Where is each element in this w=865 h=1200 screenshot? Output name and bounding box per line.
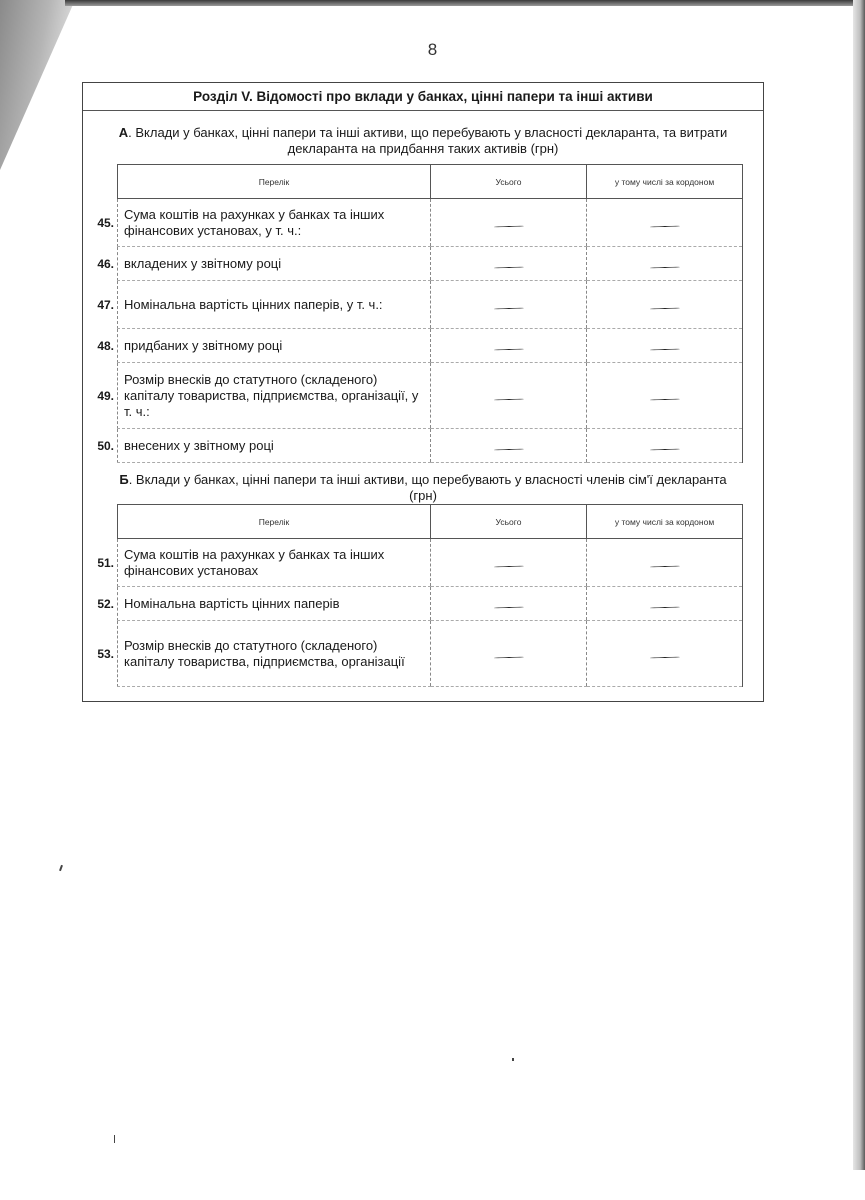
row-number: 50. bbox=[82, 429, 118, 463]
row-number: 46. bbox=[82, 247, 118, 281]
table-row: 52.Номінальна вартість цінних паперів bbox=[82, 587, 743, 621]
handwritten-dash bbox=[493, 656, 523, 658]
scan-speck bbox=[512, 1058, 514, 1061]
scan-shadow-top bbox=[65, 0, 865, 6]
row-label: Номінальна вартість цінних паперів, у т.… bbox=[118, 281, 431, 329]
handwritten-dash bbox=[649, 225, 679, 227]
total-value-cell[interactable] bbox=[431, 281, 587, 329]
abroad-value-cell[interactable] bbox=[587, 199, 743, 247]
handwritten-dash bbox=[649, 565, 679, 567]
row-label: Сума коштів на рахунках у банках та інши… bbox=[118, 199, 431, 247]
column-header-total: Усього bbox=[431, 165, 587, 199]
abroad-value-cell[interactable] bbox=[587, 587, 743, 621]
abroad-value-cell[interactable] bbox=[587, 539, 743, 587]
scan-shadow-right bbox=[853, 0, 865, 1170]
row-label: Розмір внесків до статутного (складеного… bbox=[118, 363, 431, 429]
row-label: внесених у звітному році bbox=[118, 429, 431, 463]
handwritten-dash bbox=[649, 307, 679, 309]
handwritten-dash bbox=[493, 448, 523, 450]
table-row: 50.внесених у звітному році bbox=[82, 429, 743, 463]
handwritten-dash bbox=[493, 398, 523, 400]
scan-speck bbox=[114, 1135, 115, 1143]
table-row: 46.вкладених у звітному році bbox=[82, 247, 743, 281]
part-a-table: ПерелікУсьогоу тому числі за кордоном45.… bbox=[82, 164, 743, 463]
table-row: 53.Розмір внесків до статутного (складен… bbox=[82, 621, 743, 687]
table-row: 48.придбаних у звітному році bbox=[82, 329, 743, 363]
handwritten-dash bbox=[649, 448, 679, 450]
row-number: 51. bbox=[82, 539, 118, 587]
row-label: вкладених у звітному році bbox=[118, 247, 431, 281]
handwritten-dash bbox=[649, 656, 679, 658]
table-row: 45.Сума коштів на рахунках у банках та і… bbox=[82, 199, 743, 247]
column-header-abroad: у тому числі за кордоном bbox=[587, 165, 743, 199]
column-header-total: Усього bbox=[431, 505, 587, 539]
handwritten-dash bbox=[493, 348, 523, 350]
scan-speck bbox=[59, 865, 63, 871]
part-b-table: ПерелікУсьогоу тому числі за кордоном51.… bbox=[82, 504, 743, 687]
row-label: Розмір внесків до статутного (складеного… bbox=[118, 621, 431, 687]
column-header-abroad: у тому числі за кордоном bbox=[587, 505, 743, 539]
handwritten-dash bbox=[493, 307, 523, 309]
abroad-value-cell[interactable] bbox=[587, 281, 743, 329]
total-value-cell[interactable] bbox=[431, 621, 587, 687]
section-title: Розділ V. Відомості про вклади у банках,… bbox=[83, 83, 763, 111]
handwritten-dash bbox=[493, 225, 523, 227]
total-value-cell[interactable] bbox=[431, 429, 587, 463]
table-header-row: ПерелікУсьогоу тому числі за кордоном bbox=[82, 505, 743, 539]
part-a-title-text: . Вклади у банках, цінні папери та інші … bbox=[128, 125, 727, 156]
header-spacer bbox=[82, 165, 118, 199]
row-label: Номінальна вартість цінних паперів bbox=[118, 587, 431, 621]
part-b-title: Б. Вклади у банках, цінні папери та інші… bbox=[113, 472, 733, 504]
part-b-title-text: . Вклади у банках, цінні папери та інші … bbox=[129, 472, 727, 503]
table-row: 49.Розмір внесків до статутного (складен… bbox=[82, 363, 743, 429]
table-header-row: ПерелікУсьогоу тому числі за кордоном bbox=[82, 165, 743, 199]
part-b-letter: Б bbox=[119, 472, 128, 487]
handwritten-dash bbox=[649, 348, 679, 350]
handwritten-dash bbox=[649, 266, 679, 268]
handwritten-dash bbox=[649, 606, 679, 608]
row-number: 48. bbox=[82, 329, 118, 363]
abroad-value-cell[interactable] bbox=[587, 363, 743, 429]
total-value-cell[interactable] bbox=[431, 329, 587, 363]
page-number: 8 bbox=[0, 40, 865, 60]
header-spacer bbox=[82, 505, 118, 539]
total-value-cell[interactable] bbox=[431, 199, 587, 247]
row-number: 47. bbox=[82, 281, 118, 329]
abroad-value-cell[interactable] bbox=[587, 429, 743, 463]
total-value-cell[interactable] bbox=[431, 247, 587, 281]
scan-shadow-left bbox=[0, 0, 80, 170]
row-number: 49. bbox=[82, 363, 118, 429]
abroad-value-cell[interactable] bbox=[587, 247, 743, 281]
section-frame: Розділ V. Відомості про вклади у банках,… bbox=[82, 82, 764, 702]
table-row: 51.Сума коштів на рахунках у банках та і… bbox=[82, 539, 743, 587]
total-value-cell[interactable] bbox=[431, 587, 587, 621]
abroad-value-cell[interactable] bbox=[587, 621, 743, 687]
handwritten-dash bbox=[649, 398, 679, 400]
part-a-letter: А bbox=[119, 125, 128, 140]
handwritten-dash bbox=[493, 266, 523, 268]
row-label: придбаних у звітному році bbox=[118, 329, 431, 363]
part-a-title: А. Вклади у банках, цінні папери та інші… bbox=[113, 125, 733, 157]
total-value-cell[interactable] bbox=[431, 363, 587, 429]
handwritten-dash bbox=[493, 606, 523, 608]
total-value-cell[interactable] bbox=[431, 539, 587, 587]
row-number: 53. bbox=[82, 621, 118, 687]
column-header-list: Перелік bbox=[118, 505, 431, 539]
column-header-list: Перелік bbox=[118, 165, 431, 199]
row-number: 45. bbox=[82, 199, 118, 247]
abroad-value-cell[interactable] bbox=[587, 329, 743, 363]
row-label: Сума коштів на рахунках у банках та інши… bbox=[118, 539, 431, 587]
row-number: 52. bbox=[82, 587, 118, 621]
handwritten-dash bbox=[493, 565, 523, 567]
table-row: 47.Номінальна вартість цінних паперів, у… bbox=[82, 281, 743, 329]
